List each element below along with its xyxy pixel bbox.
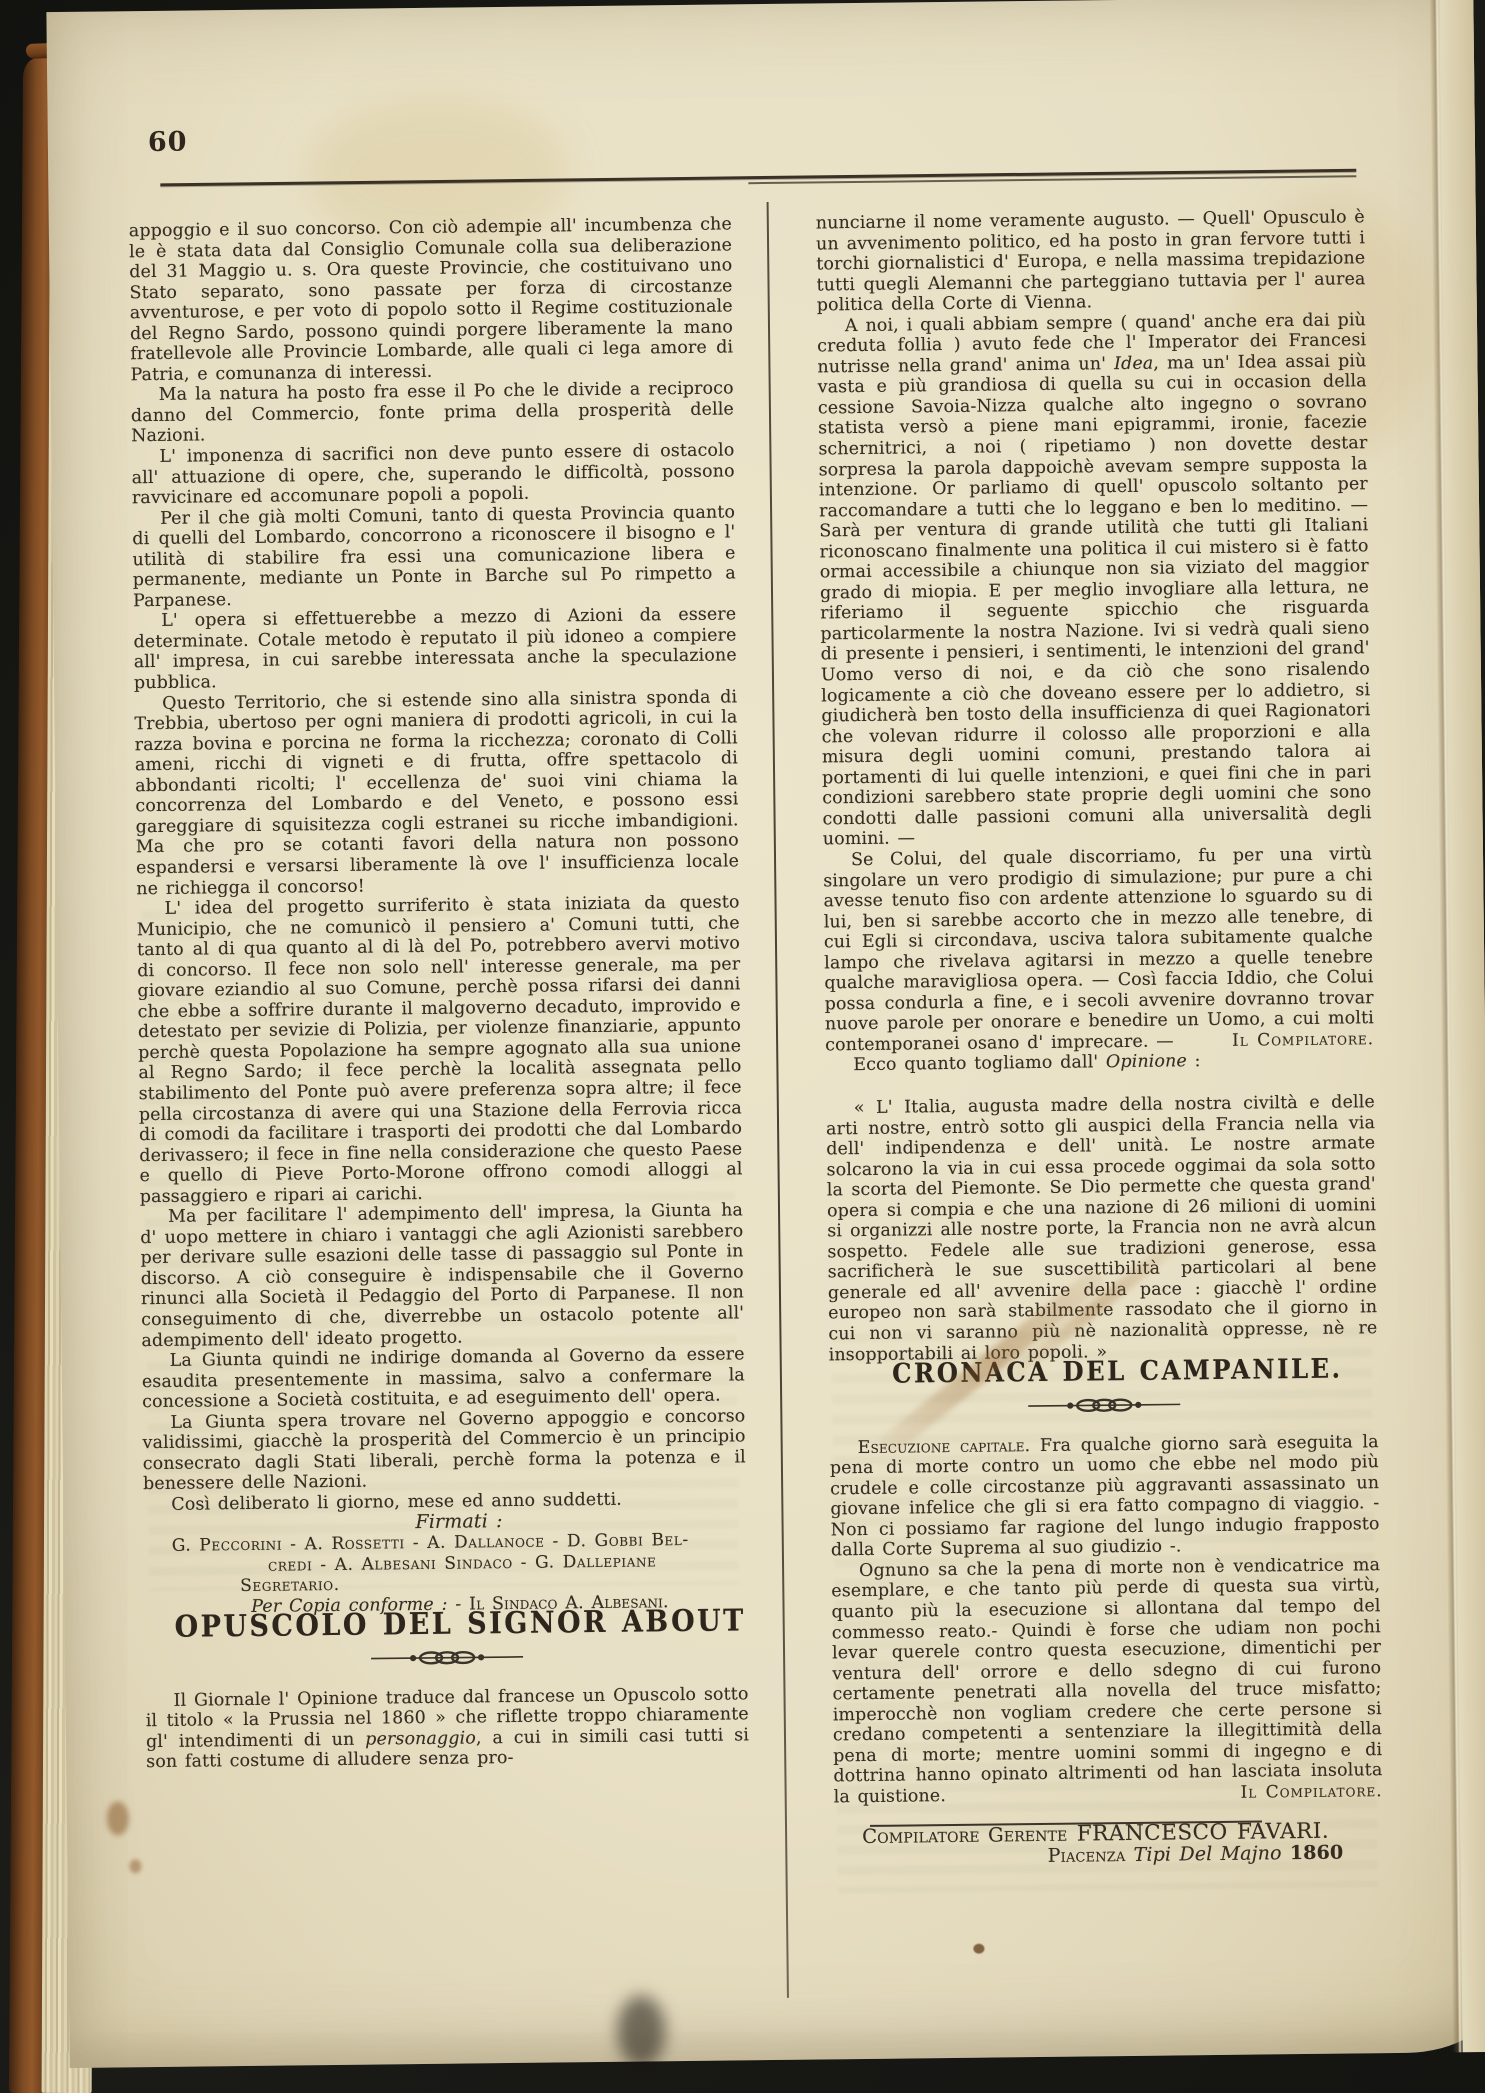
quote-paragraph: « L' Italia, augusta madre della nostra … — [826, 1092, 1378, 1365]
right-column: nunciarne il nome veramente augusto. — Q… — [816, 207, 1384, 1869]
opinione-italic: Opinione — [1106, 1052, 1187, 1073]
paragraph: Il Giornale l' Opinione traduce dal fran… — [145, 1684, 749, 1773]
section-heading-cronaca: CRONACA DEL CAMPANILE. — [829, 1359, 1378, 1386]
ornament-divider-icon — [1024, 1396, 1184, 1414]
paragraph-text: , ma un' Idea assai più vasta e più gran… — [818, 351, 1372, 850]
paragraph: La Giunta spera trovare nel Governo appo… — [142, 1406, 746, 1495]
gerente-smallcaps: Compilatore Gerente — [862, 1823, 1068, 1848]
imprint-printer-italic: Tipi Del Majno — [1125, 1842, 1290, 1866]
page-number: 60 — [148, 127, 188, 158]
paragraph: L' idea del progetto surriferito è stata… — [136, 892, 742, 1207]
column-divider — [767, 202, 790, 1998]
imprint-year: 1860 — [1290, 1842, 1344, 1865]
signatures-line: credi - A. Albesani Sindaco - G. Dallepi… — [144, 1550, 747, 1598]
paragraph: Ognuno sa che la pena di morte non è ven… — [831, 1555, 1383, 1808]
paragraph: appoggio e il suo concorso. Con ciò adem… — [129, 214, 734, 385]
attribution-compilatore: Il Compilatore. — [1204, 1029, 1374, 1051]
left-column: appoggio e il suo concorso. Con ciò adem… — [129, 214, 750, 1773]
paragraph: L' imponenza di sacrifici non deve punto… — [131, 440, 735, 508]
paragraph: Ma la natura ha posto fra esse il Po che… — [131, 379, 735, 447]
paper-sheet: 60 appoggio e il suo concorso. Con ciò a… — [46, 0, 1485, 2068]
paragraph: Questo Territorio, che si estende sino a… — [134, 687, 739, 899]
paragraph: L' opera si effettuerebbe a mezzo di Azi… — [133, 605, 737, 694]
cronaca-lead-smallcaps: Esecuzione capitale. — [858, 1436, 1031, 1458]
paragraph: Se Colui, del quale discorriamo, fu per … — [823, 844, 1374, 1056]
stain — [973, 1944, 984, 1954]
paragraph: Esecuzione capitale. Fra qualche giorno … — [830, 1432, 1380, 1562]
ornament-divider-icon — [366, 1649, 526, 1667]
stain — [107, 1801, 129, 1835]
scanned-newspaper-page: 60 appoggio e il suo concorso. Con ciò a… — [0, 0, 1485, 2093]
paragraph-text: Ognuno sa che la pena di morte non è ven… — [831, 1555, 1382, 1807]
ecco-text: Ecco quanto togliamo dall' — [853, 1053, 1106, 1076]
ecco-text: : — [1187, 1052, 1201, 1072]
stain — [617, 1995, 666, 2068]
paragraph: nunciarne il nome veramente augusto. — Q… — [816, 207, 1366, 316]
paragraph: Ma per facilitare l' adempimento dell' i… — [140, 1201, 745, 1352]
section-heading-opuscolo: OPUSCOLO DEL SIGNOR ABOUT — [145, 1611, 748, 1638]
paragraph-text: Se Colui, del quale discorriamo, fu per … — [823, 844, 1374, 1055]
stain — [129, 1859, 141, 1873]
idea-italic: Idea — [1114, 353, 1153, 373]
paragraph: A noi, i quali abbiam sempre ( quand' an… — [817, 310, 1372, 850]
about-intro-italic: personaggio — [365, 1728, 476, 1749]
imprint-place: Piacenza — [1048, 1844, 1126, 1867]
attribution-compilatore: Il Compilatore. — [1212, 1781, 1382, 1803]
paragraph: La Giunta quindi ne indirige domanda al … — [142, 1344, 746, 1412]
paragraph: Per il che già molti Comuni, tanto di qu… — [132, 502, 736, 612]
